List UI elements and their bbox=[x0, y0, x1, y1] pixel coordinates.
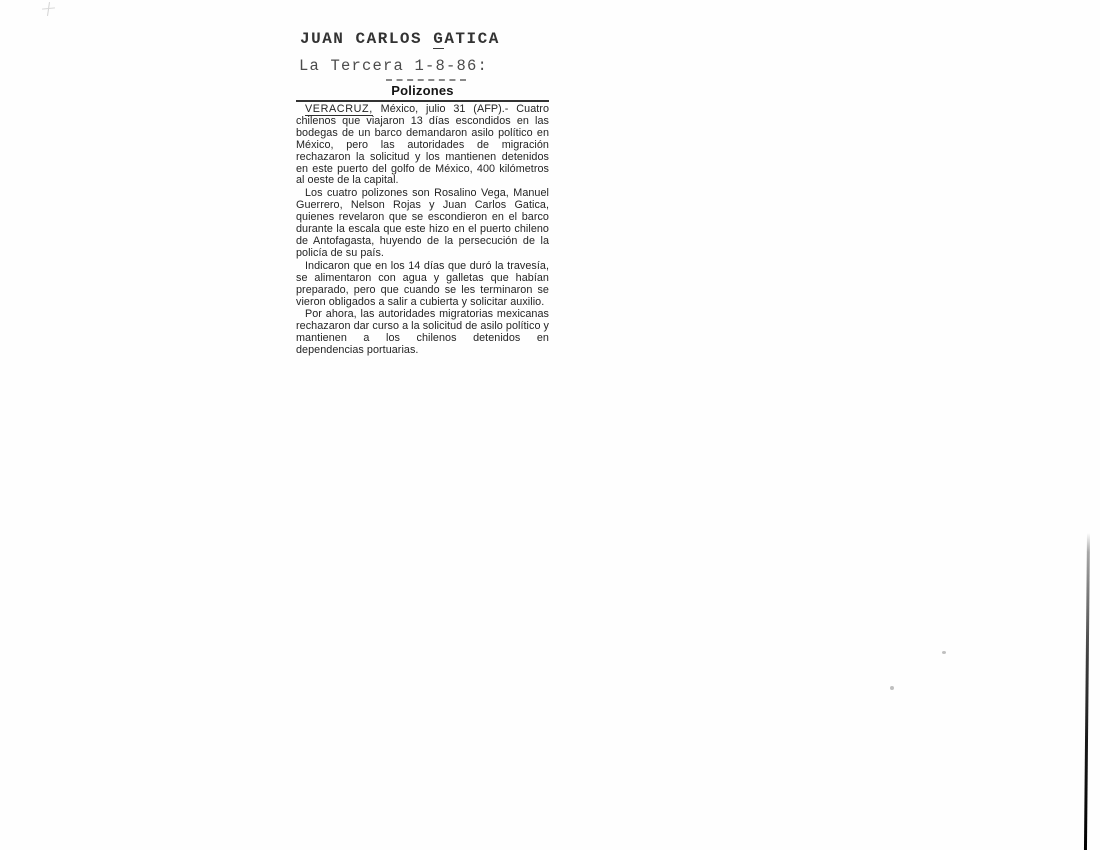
annotation-name-underlined-letter: G bbox=[433, 30, 444, 49]
article-paragraph-2: Los cuatro polizones son Rosalino Vega, … bbox=[296, 188, 549, 259]
corner-smudge-mark bbox=[42, 2, 56, 17]
paragraph-4-text: Por ahora, las autoridades migratorias m… bbox=[296, 308, 549, 356]
scan-speck bbox=[942, 651, 946, 654]
article-paragraph-1: VERACRUZ, México, julio 31 (AFP).- Cuatr… bbox=[296, 104, 549, 187]
article-headline: Polizones bbox=[296, 83, 549, 98]
dashed-smear-line bbox=[386, 79, 466, 81]
annotation-source-date-line: La Tercera 1-8-86: bbox=[299, 57, 549, 75]
annotation-name-line: JUAN CARLOS GATICA bbox=[300, 30, 549, 48]
annotation-name-post: ATICA bbox=[444, 30, 500, 48]
annotation-name-pre: JUAN CARLOS bbox=[300, 30, 433, 48]
scanned-page: { "colors": { "paper": "#fefefe", "body_… bbox=[0, 0, 1100, 850]
article-paragraph-3: Indicaron que en los 14 días que duró la… bbox=[296, 261, 549, 309]
article-body: VERACRUZ, México, julio 31 (AFP).- Cuatr… bbox=[296, 104, 549, 357]
paragraph-1-text: México, julio 31 (AFP).- Cuatro chilenos… bbox=[296, 103, 549, 186]
paragraph-2-text: Los cuatro polizones son Rosalino Vega, … bbox=[296, 187, 549, 259]
paragraph-3-text: Indicaron que en los 14 días que duró la… bbox=[296, 260, 549, 308]
article-paragraph-4: Por ahora, las autoridades migratorias m… bbox=[296, 309, 549, 357]
newspaper-clipping: JUAN CARLOS GATICA La Tercera 1-8-86: Po… bbox=[296, 30, 549, 358]
headline-rule bbox=[296, 100, 549, 102]
page-edge-scan-line bbox=[1084, 533, 1090, 850]
scan-speck bbox=[890, 686, 894, 690]
